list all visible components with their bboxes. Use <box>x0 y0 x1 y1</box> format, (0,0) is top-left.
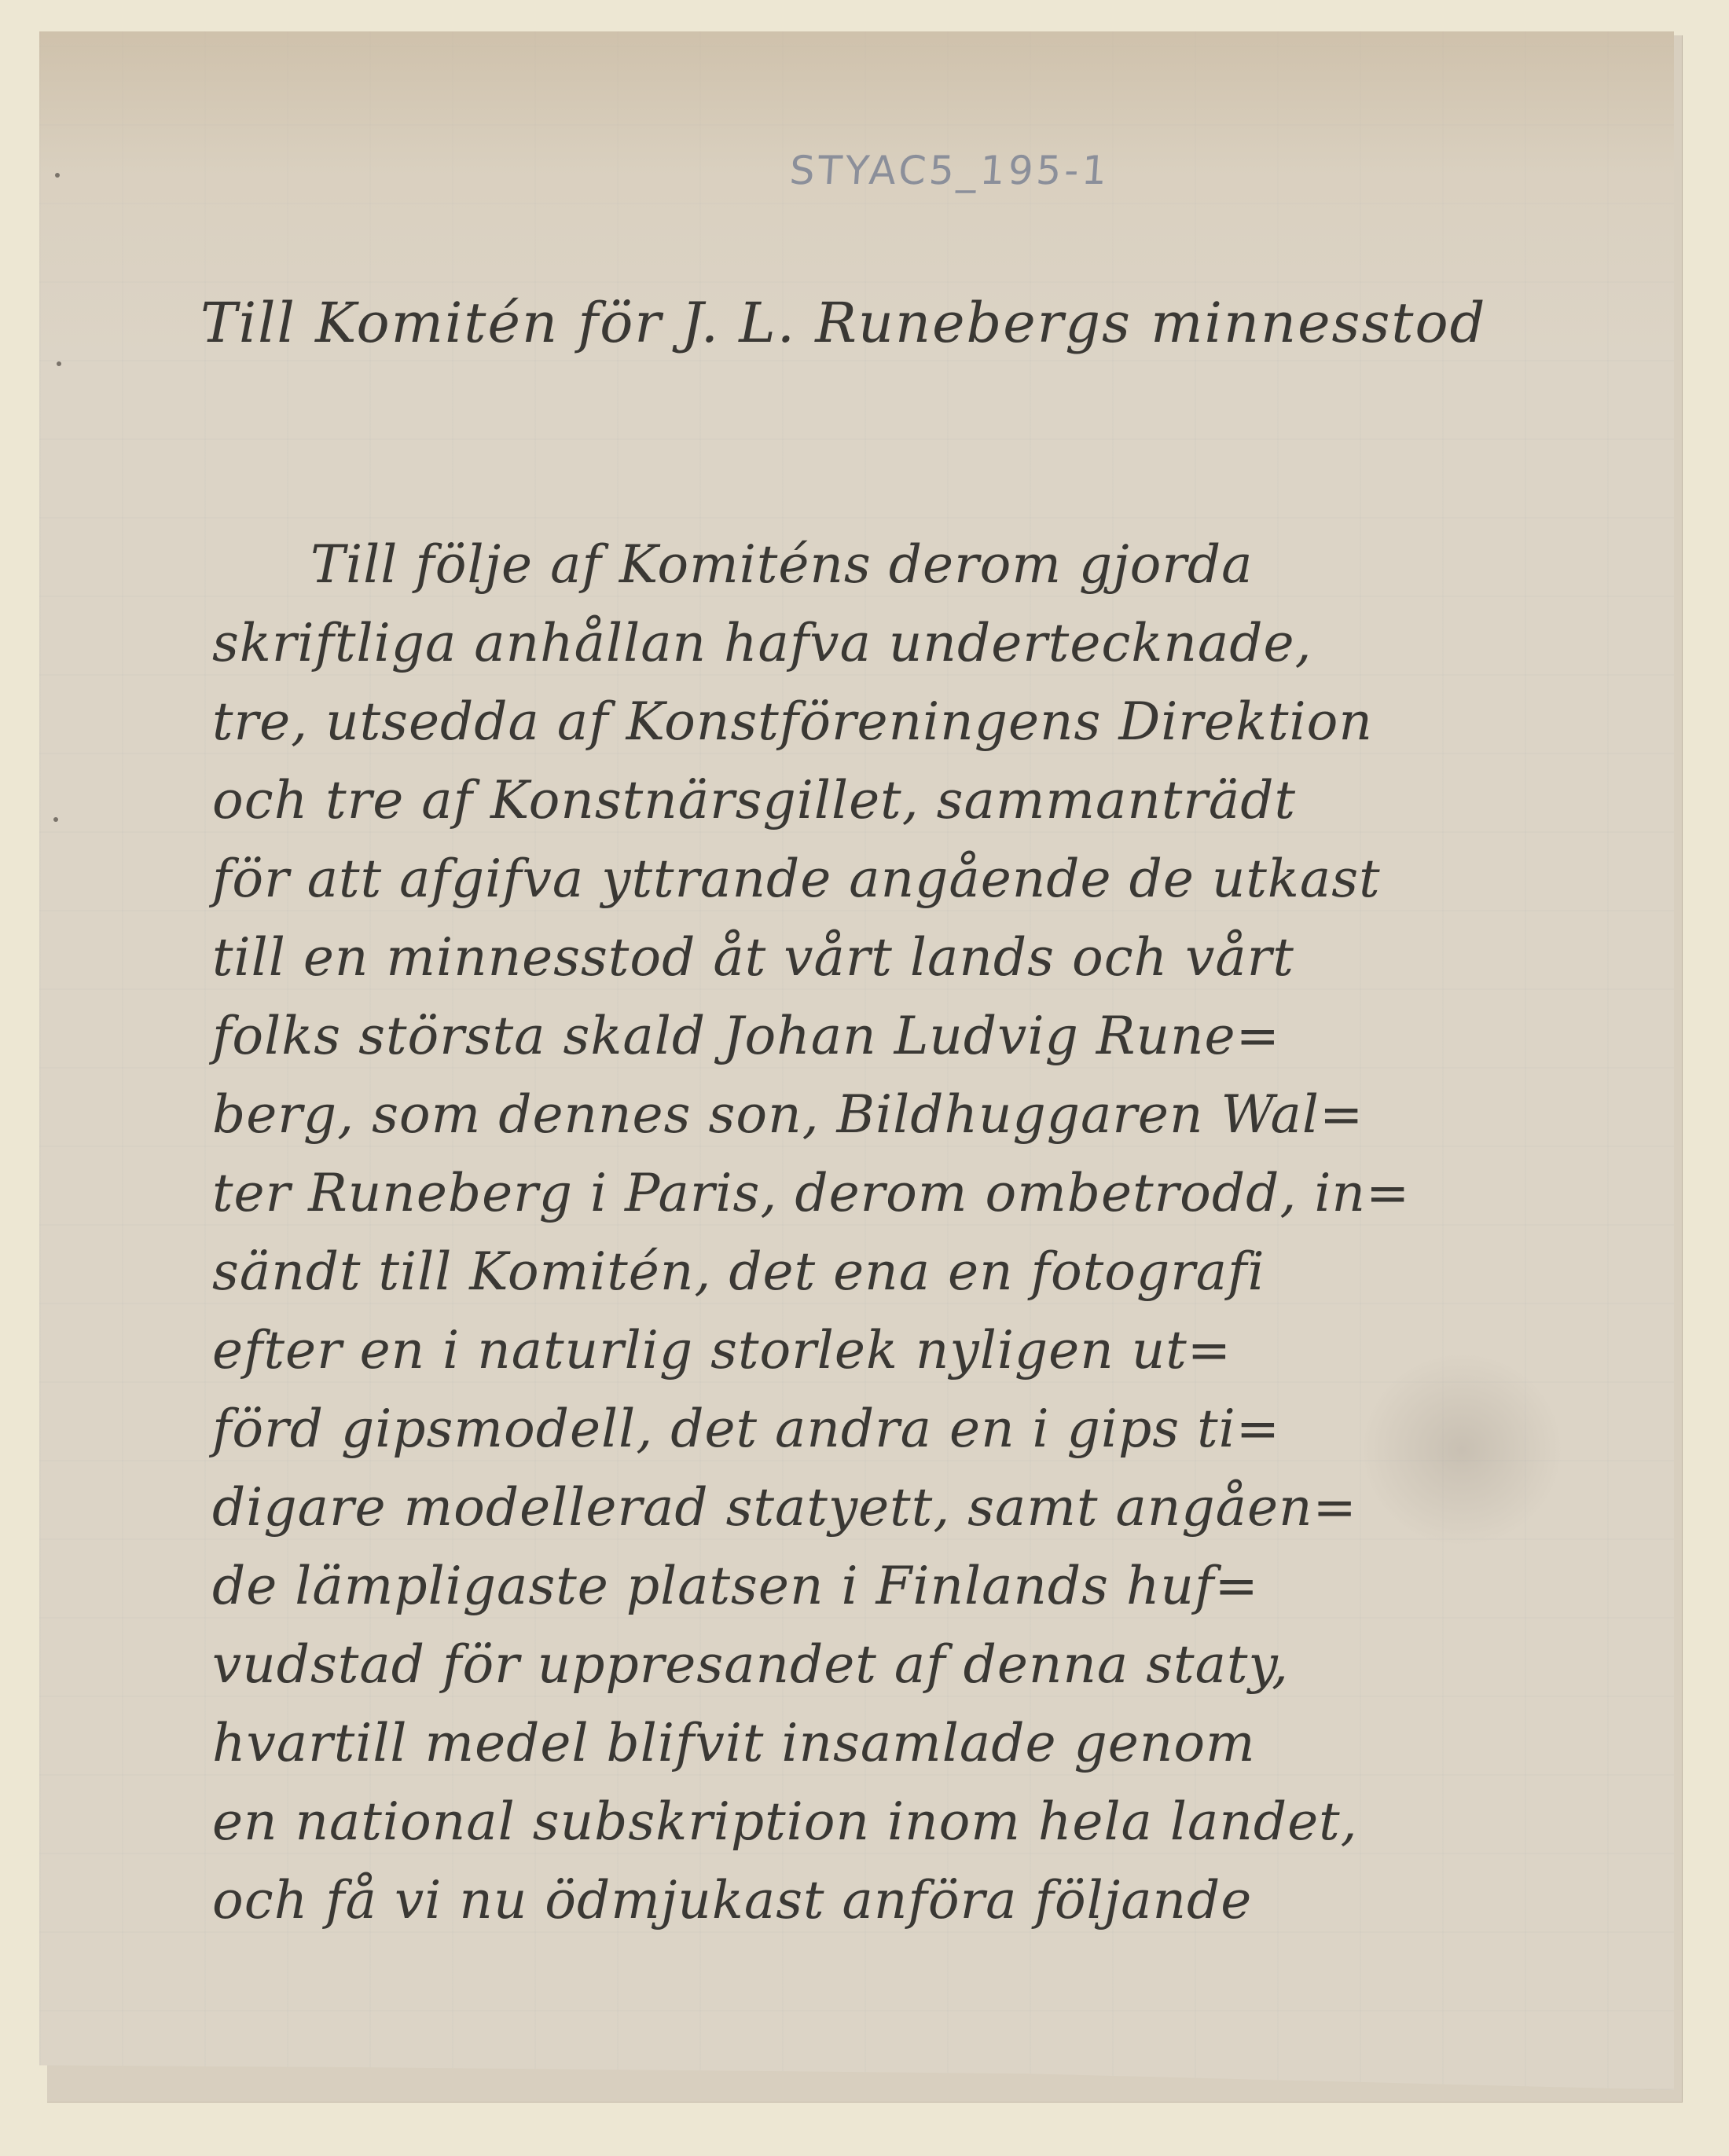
body-line: digare modellerad statyett, samt angåen= <box>212 1477 1357 1538</box>
body-line: berg, som dennes son, Bildhuggaren Wal= <box>212 1084 1364 1145</box>
body-line: en national subskription inom hela lande… <box>212 1791 1358 1852</box>
body-line: vudstad för uppresandet af denna staty, <box>212 1634 1289 1695</box>
ink-smudge <box>1360 1351 1564 1548</box>
body-line: för att afgifva yttrande angående de utk… <box>212 849 1381 909</box>
body-line: de lämpligaste platsen i Finlands huf= <box>212 1556 1259 1616</box>
body-line: tre, utsedda af Konstföreningens Direkti… <box>212 691 1373 752</box>
body-line: efter en i naturlig storlek nyligen ut= <box>212 1320 1232 1380</box>
body-line: ter Runeberg i Paris, derom ombetrodd, i… <box>212 1163 1410 1223</box>
letter-page: STYAC5_195-1 Till Komitén för J. L. Rune… <box>39 31 1674 2090</box>
margin-mark <box>55 173 60 178</box>
body-line: och få vi nu ödmjukast anföra följande <box>212 1870 1252 1930</box>
body-line: skriftliga anhållan hafva undertecknade, <box>212 613 1312 673</box>
body-line: hvartill medel blifvit insamlade genom <box>212 1713 1256 1773</box>
body-line: förd gipsmodell, det andra en i gips ti= <box>212 1399 1280 1459</box>
margin-mark <box>57 361 61 366</box>
body-line: och tre af Konstnärsgillet, sammanträdt <box>212 770 1296 830</box>
letter-heading: Till Komitén för J. L. Runebergs minness… <box>200 291 1486 355</box>
body-line: folks största skald Johan Ludvig Rune= <box>212 1006 1280 1066</box>
archive-reference-mark: STYAC5_195-1 <box>788 148 1111 193</box>
body-line: sändt till Komitén, det ena en fotografi <box>212 1241 1265 1302</box>
body-line: Till följe af Komiténs derom gjorda <box>310 534 1254 595</box>
margin-mark <box>53 817 58 822</box>
body-line: till en minnesstod åt vårt lands och vår… <box>212 927 1294 988</box>
